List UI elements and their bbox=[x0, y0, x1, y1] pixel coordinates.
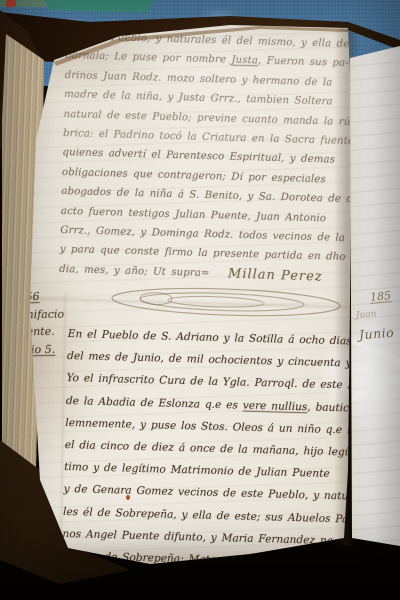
red-speck bbox=[6, 0, 16, 7]
manuscript-photo: de este Pueblo, y naturales él del mismo… bbox=[0, 0, 400, 600]
baptism-entry-main: En el Pueblo de S. Adriano y la Sotilla … bbox=[62, 323, 378, 575]
right-margin-name: Juan bbox=[356, 309, 377, 320]
baptized-name-underlined: Justa bbox=[231, 55, 258, 67]
right-margin-year: 185 bbox=[369, 289, 391, 304]
right-margin-month: Junio bbox=[359, 325, 395, 342]
line-pre: de la Abadia de Eslonza q.e es bbox=[66, 395, 243, 412]
latin-term-underlined: vere nullius bbox=[243, 399, 308, 413]
signature-flourish bbox=[103, 278, 344, 326]
line-pre: barnala; Le puse por nombre bbox=[65, 50, 232, 66]
baptism-entry-previous: de este Pueblo, y naturales él del mismo… bbox=[59, 27, 366, 288]
